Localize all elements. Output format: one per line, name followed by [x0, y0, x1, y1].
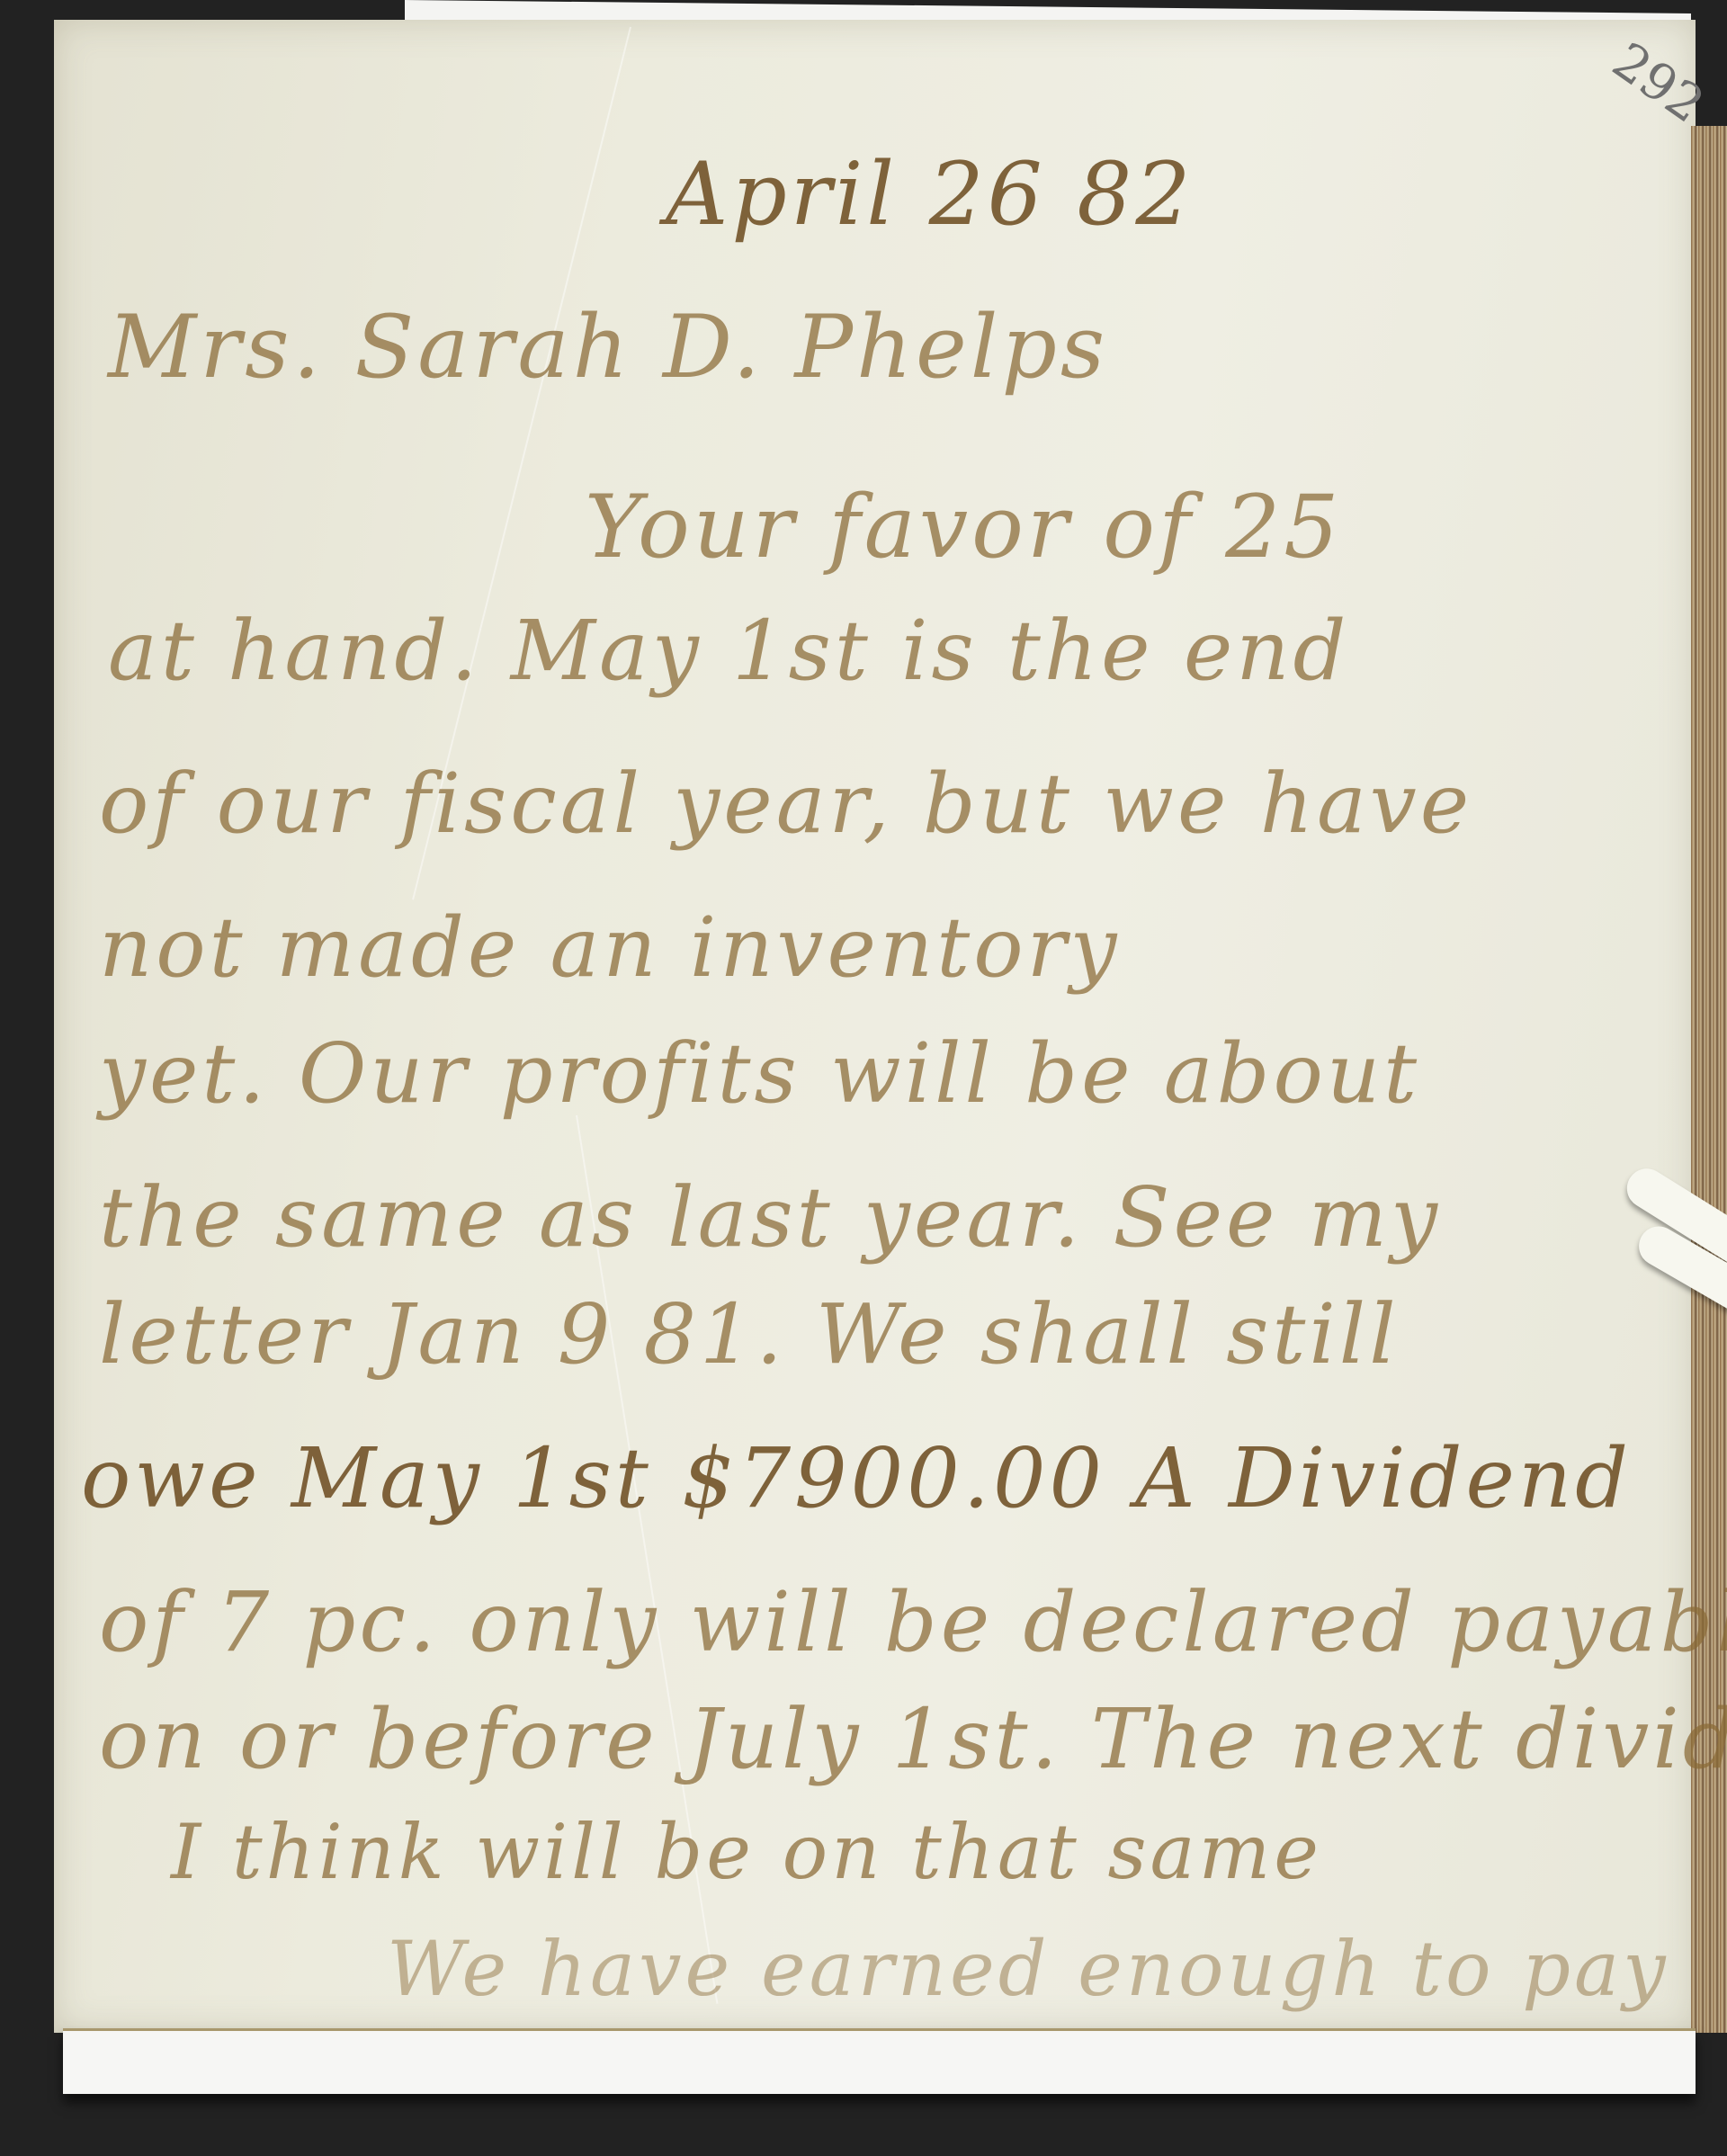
letter-line: not made an inventory [99, 899, 1121, 996]
letter-line: of our fiscal year, but we have [99, 756, 1472, 852]
bottom-backing-sheet [63, 2028, 1696, 2094]
letter-line: of 7 pc. only will be declared payable [99, 1574, 1727, 1670]
letter-line: owe May 1st $7900.00 A Dividend [81, 1430, 1632, 1526]
letter-line: We have earned enough to pay [387, 1925, 1669, 2013]
letter-line: at hand. May 1st is the end [108, 603, 1349, 699]
letter-line: on or before July 1st. The next dividend [99, 1691, 1727, 1787]
letter-line: Your favor of 25 [585, 477, 1342, 577]
letter-salutation: Mrs. Sarah D. Phelps [108, 297, 1108, 398]
letter-line: yet. Our profits will be about [99, 1025, 1420, 1122]
letter-line: I think will be on that same [171, 1808, 1322, 1896]
letter-date: April 26 82 [666, 144, 1194, 245]
letter-line: letter Jan 9 81. We shall still [99, 1286, 1400, 1382]
letter-line: the same as last year. See my [99, 1169, 1441, 1266]
